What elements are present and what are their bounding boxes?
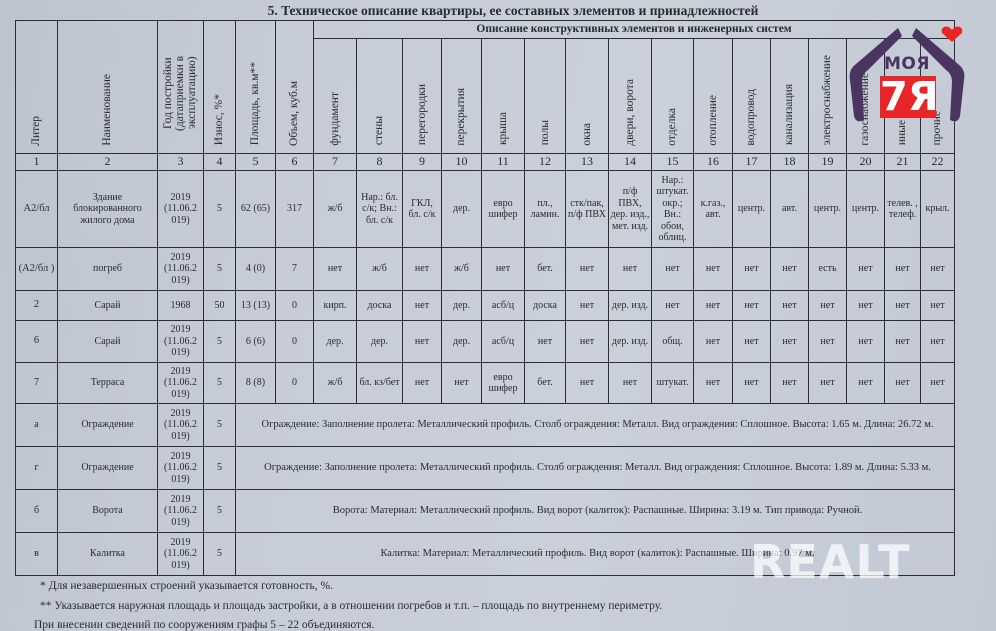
- column-number: 5: [236, 154, 276, 171]
- table-cell: к.газ., авт.: [694, 171, 733, 248]
- document-photo: 5. Техническое описание квартиры, ее сос…: [0, 0, 996, 631]
- table-cell: п/ф ПВХ, дер. изд., мет. изд.: [609, 171, 652, 248]
- col-header-foundation: фундамент: [314, 39, 357, 154]
- cell-wear: 5: [204, 533, 236, 576]
- table-cell: евро шифер: [482, 363, 525, 404]
- cell-name: Ограждение: [58, 404, 158, 447]
- cell-litera: 7: [16, 363, 58, 404]
- table-cell: нет: [403, 291, 442, 321]
- table-cell: дер.: [442, 321, 482, 363]
- table-cell: 6 (6): [236, 321, 276, 363]
- cell-year: 2019 (11.06.2 019): [158, 490, 204, 533]
- column-number: 14: [609, 154, 652, 171]
- cell-name: Ворота: [58, 490, 158, 533]
- table-cell: нет: [733, 363, 771, 404]
- table-cell: 50: [204, 291, 236, 321]
- column-number: 20: [847, 154, 885, 171]
- table-cell: авт.: [771, 171, 809, 248]
- column-number: 7: [314, 154, 357, 171]
- column-number: 17: [733, 154, 771, 171]
- footnote-2: ** Указывается наружная площадь и площад…: [40, 597, 662, 617]
- table-cell: 7: [276, 248, 314, 291]
- section-title: 5. Техническое описание квартиры, ее сос…: [0, 3, 996, 19]
- table-cell: нет: [609, 248, 652, 291]
- table-cell: нет: [885, 291, 921, 321]
- cell-description: Ограждение: Заполнение пролета: Металлич…: [236, 447, 955, 490]
- table-cell: телев. , телеф.: [885, 171, 921, 248]
- table-cell: Терраса: [58, 363, 158, 404]
- cell-litera: 6: [16, 321, 58, 363]
- cell-litera: (А2/бл ): [16, 248, 58, 291]
- table-cell: 2019 (11.06.2 019): [158, 248, 204, 291]
- col-header-partitions: перегородки: [403, 39, 442, 154]
- table-cell: погреб: [58, 248, 158, 291]
- col-header-walls: стены: [357, 39, 403, 154]
- column-number: 11: [482, 154, 525, 171]
- cell-wear: 5: [204, 404, 236, 447]
- table-cell: 0: [276, 321, 314, 363]
- table-cell: общ.: [652, 321, 694, 363]
- structure-row: аОграждение2019 (11.06.2 019)5Ограждение…: [16, 404, 955, 447]
- table-cell: ж/б: [442, 248, 482, 291]
- table-cell: 8 (8): [236, 363, 276, 404]
- cell-litera: а: [16, 404, 58, 447]
- table-cell: 4 (0): [236, 248, 276, 291]
- column-number: 15: [652, 154, 694, 171]
- cell-year: 2019 (11.06.2 019): [158, 533, 204, 576]
- table-cell: нет: [921, 248, 955, 291]
- table-cell: центр.: [847, 171, 885, 248]
- table-cell: 2019 (11.06.2 019): [158, 171, 204, 248]
- table-cell: доска: [525, 291, 566, 321]
- table-cell: 5: [204, 321, 236, 363]
- table-cell: дер.: [442, 171, 482, 248]
- technical-description-table: Литер Наименование Год постройки (датапр…: [15, 20, 955, 576]
- cell-description: Ограждение: Заполнение пролета: Металлич…: [236, 404, 955, 447]
- table-cell: центр.: [733, 171, 771, 248]
- col-header-sewage: канализация: [771, 39, 809, 154]
- table-cell: ж/б: [357, 248, 403, 291]
- col-header-water: водопровод: [733, 39, 771, 154]
- table-cell: нет: [442, 363, 482, 404]
- table-cell: нет: [771, 291, 809, 321]
- table-cell: Нар.: бл. с/к; Вн.: бл. с/к: [357, 171, 403, 248]
- footnote-1: * Для незавершенных строений указывается…: [40, 577, 662, 597]
- col-header-doors: двери, ворота: [609, 39, 652, 154]
- table-cell: бет.: [525, 248, 566, 291]
- table-cell: нет: [652, 291, 694, 321]
- table-row: 6Сарай2019 (11.06.2 019)56 (6)0дер.дер.н…: [16, 321, 955, 363]
- table-cell: центр.: [809, 171, 847, 248]
- column-number: 22: [921, 154, 955, 171]
- table-cell: 5: [204, 363, 236, 404]
- column-numbers-row: 12345678910111213141516171819202122: [16, 154, 955, 171]
- cell-name: Ограждение: [58, 447, 158, 490]
- cell-litera: б: [16, 490, 58, 533]
- table-cell: нет: [694, 291, 733, 321]
- logo-word: МОЯ: [884, 54, 930, 74]
- table-cell: дер. изд.: [609, 291, 652, 321]
- table-cell: Нар.: штукат. окр.; Вн.: обои, облиц.: [652, 171, 694, 248]
- table-cell: 0: [276, 363, 314, 404]
- table-cell: нет: [694, 321, 733, 363]
- structure-row: бВорота2019 (11.06.2 019)5Ворота: Матери…: [16, 490, 955, 533]
- col-header-floors-slabs: перекрытия: [442, 39, 482, 154]
- table-row: 7Терраса2019 (11.06.2 019)58 (8)0ж/ббл. …: [16, 363, 955, 404]
- col-header-volume: Объем, куб.м: [276, 21, 314, 154]
- table-cell: 5: [204, 248, 236, 291]
- table-cell: нет: [847, 363, 885, 404]
- column-number: 2: [58, 154, 158, 171]
- table-cell: нет: [733, 321, 771, 363]
- table-cell: 0: [276, 291, 314, 321]
- column-number: 12: [525, 154, 566, 171]
- col-header-wear: Износ, %*: [204, 21, 236, 154]
- table-cell: нет: [609, 363, 652, 404]
- table-cell: нет: [771, 363, 809, 404]
- column-number: 4: [204, 154, 236, 171]
- col-header-name: Наименование: [58, 21, 158, 154]
- col-header-roof: крыша: [482, 39, 525, 154]
- cell-wear: 5: [204, 490, 236, 533]
- table-cell: нет: [771, 248, 809, 291]
- table-cell: 317: [276, 171, 314, 248]
- table-cell: есть: [809, 248, 847, 291]
- table-cell: евро шифер: [482, 171, 525, 248]
- table-cell: нет: [694, 363, 733, 404]
- cell-litera: г: [16, 447, 58, 490]
- table-cell: нет: [921, 291, 955, 321]
- cell-litera: в: [16, 533, 58, 576]
- realt-watermark: REALT: [750, 535, 911, 589]
- table-cell: доска: [357, 291, 403, 321]
- table-cell: нет: [566, 248, 609, 291]
- table-cell: ж/б: [314, 171, 357, 248]
- table-cell: бл. кз/бет: [357, 363, 403, 404]
- table-cell: дер.: [314, 321, 357, 363]
- column-number: 13: [566, 154, 609, 171]
- column-number: 18: [771, 154, 809, 171]
- table-cell: асб/ц: [482, 291, 525, 321]
- table-cell: 2019 (11.06.2 019): [158, 363, 204, 404]
- table-cell: нет: [403, 363, 442, 404]
- table-cell: кирп.: [314, 291, 357, 321]
- table-cell: нет: [847, 248, 885, 291]
- table-cell: Сарай: [58, 321, 158, 363]
- column-number: 6: [276, 154, 314, 171]
- table-cell: нет: [733, 291, 771, 321]
- cell-litera: А2/бл: [16, 171, 58, 248]
- table-cell: Сарай: [58, 291, 158, 321]
- cell-year: 2019 (11.06.2 019): [158, 404, 204, 447]
- table-cell: нет: [566, 291, 609, 321]
- table-cell: нет: [885, 363, 921, 404]
- col-header-litera: Литер: [16, 21, 58, 154]
- table-cell: стк/пак, п/ф ПВХ: [566, 171, 609, 248]
- table-cell: нет: [482, 248, 525, 291]
- table-cell: асб/ц: [482, 321, 525, 363]
- col-header-heating: отопление: [694, 39, 733, 154]
- table-cell: 13 (13): [236, 291, 276, 321]
- column-number: 21: [885, 154, 921, 171]
- col-header-windows: окна: [566, 39, 609, 154]
- table-cell: дер. изд.: [609, 321, 652, 363]
- logo-mark: 7Я: [880, 76, 936, 118]
- table-cell: пл., ламин.: [525, 171, 566, 248]
- table-cell: нет: [847, 291, 885, 321]
- column-number: 8: [357, 154, 403, 171]
- table-cell: нет: [847, 321, 885, 363]
- table-cell: крыл.: [921, 171, 955, 248]
- table-cell: штукат.: [652, 363, 694, 404]
- table-cell: Здание блокированного жилого дома: [58, 171, 158, 248]
- table-cell: нет: [921, 321, 955, 363]
- table-cell: нет: [809, 363, 847, 404]
- table-cell: дер.: [442, 291, 482, 321]
- table-cell: нет: [314, 248, 357, 291]
- moya-logo-watermark: МОЯ 7Я: [846, 24, 968, 134]
- cell-wear: 5: [204, 447, 236, 490]
- col-header-floor: полы: [525, 39, 566, 154]
- col-header-finishing: отделка: [652, 39, 694, 154]
- table-cell: 1968: [158, 291, 204, 321]
- column-number: 9: [403, 154, 442, 171]
- table-cell: нет: [809, 291, 847, 321]
- table-cell: нет: [921, 363, 955, 404]
- table-cell: нет: [809, 321, 847, 363]
- heart-icon: [942, 26, 963, 42]
- table-cell: нет: [771, 321, 809, 363]
- table-row: (А2/бл )погреб2019 (11.06.2 019)54 (0)7н…: [16, 248, 955, 291]
- table-cell: нет: [566, 321, 609, 363]
- table-cell: нет: [733, 248, 771, 291]
- table-cell: ж/б: [314, 363, 357, 404]
- table-cell: нет: [694, 248, 733, 291]
- table-row: 2Сарай19685013 (13)0кирп.досканетдер.асб…: [16, 291, 955, 321]
- table-cell: 62 (65): [236, 171, 276, 248]
- table-cell: дер.: [357, 321, 403, 363]
- table-cell: 2019 (11.06.2 019): [158, 321, 204, 363]
- table-cell: нет: [403, 321, 442, 363]
- column-number: 1: [16, 154, 58, 171]
- structure-row: гОграждение2019 (11.06.2 019)5Ограждение…: [16, 447, 955, 490]
- col-header-area: Площадь, кв.м**: [236, 21, 276, 154]
- cell-name: Калитка: [58, 533, 158, 576]
- column-number: 19: [809, 154, 847, 171]
- cell-description: Ворота: Материал: Металлический профиль.…: [236, 490, 955, 533]
- table-cell: нет: [525, 321, 566, 363]
- table-cell: нет: [885, 321, 921, 363]
- table-cell: нет: [652, 248, 694, 291]
- column-number: 16: [694, 154, 733, 171]
- table-row: А2/блЗдание блокированного жилого дома20…: [16, 171, 955, 248]
- table-cell: бет.: [525, 363, 566, 404]
- table-cell: нет: [403, 248, 442, 291]
- col-header-electricity: электроснабжение: [809, 39, 847, 154]
- footnote-3: При внесении сведений по сооружениям гра…: [34, 616, 662, 631]
- table-cell: ГКЛ, бл. с/к: [403, 171, 442, 248]
- col-header-year: Год постройки (датаприемки в эксплуатаци…: [158, 21, 204, 154]
- footnotes: * Для незавершенных строений указывается…: [40, 577, 662, 631]
- table-cell: нет: [885, 248, 921, 291]
- cell-year: 2019 (11.06.2 019): [158, 447, 204, 490]
- column-number: 10: [442, 154, 482, 171]
- column-number: 3: [158, 154, 204, 171]
- table-cell: 5: [204, 171, 236, 248]
- table-cell: нет: [566, 363, 609, 404]
- cell-litera: 2: [16, 291, 58, 321]
